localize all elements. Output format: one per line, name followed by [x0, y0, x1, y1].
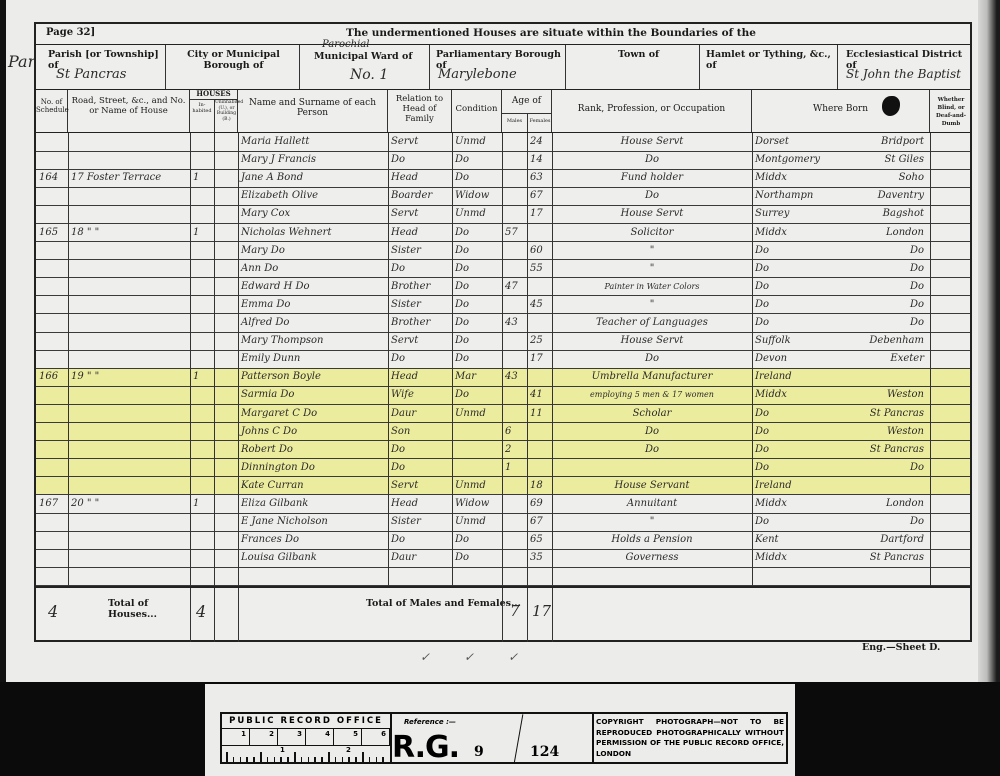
cell-schedule	[36, 531, 68, 549]
cell-male: 57	[502, 224, 527, 242]
gridline	[238, 133, 239, 586]
table-row: Mary ThompsonServtDo25House ServtSuffolk…	[36, 332, 970, 351]
cell-relation: Boarder	[388, 187, 452, 205]
cell-condition: Unmd	[452, 477, 502, 495]
parliamentary-cell: Parliamentary Borough of Marylebone	[430, 45, 566, 89]
gridline	[68, 133, 69, 586]
ruler-tick	[233, 757, 235, 764]
cell-male	[502, 187, 527, 205]
cell-born-place: Do	[842, 260, 930, 278]
cell-female	[527, 278, 552, 296]
cell-name: Mary J Francis	[238, 151, 388, 169]
ruler-tick	[253, 757, 255, 764]
cell-born-county: Do	[752, 441, 842, 459]
cell-born-county	[752, 567, 842, 585]
cell-born-place: Bridport	[842, 133, 930, 151]
cell-schedule	[36, 332, 68, 350]
reference-piece: 9	[474, 744, 484, 760]
ruler-tick	[301, 757, 303, 764]
cell-inh	[190, 405, 214, 423]
record-office-box: PUBLIC RECORD OFFICE 123456 12 Reference…	[220, 712, 788, 764]
table-row: Elizabeth OliveBoarderWidow67DoNorthampn…	[36, 187, 970, 206]
cell-born-county: Dorset	[752, 133, 842, 151]
parish-cell: Parish [or Township] of St Pancras	[36, 45, 166, 89]
cell-name: Sarmia Do	[238, 386, 388, 404]
cell-born-place	[842, 477, 930, 495]
cell-road	[68, 531, 190, 549]
born-label: Where Born	[752, 90, 929, 114]
table-row: Alfred DoBrotherDo43Teacher of Languages…	[36, 314, 970, 333]
col-born: Where Born	[752, 90, 930, 132]
cell-inh	[190, 386, 214, 404]
cell-inh	[190, 133, 214, 151]
ruler-tick	[355, 757, 357, 764]
ruler-tick	[226, 752, 228, 764]
cell-occupation: House Servt	[552, 205, 752, 223]
ruler-tick	[314, 757, 316, 764]
cell-road	[68, 314, 190, 332]
cell-road	[68, 187, 190, 205]
table-row: Kate CurranServtUnmd18House ServantIrela…	[36, 477, 970, 496]
cell-born-place: Bagshot	[842, 205, 930, 223]
cell-female	[527, 224, 552, 242]
scale-mark: 4	[306, 729, 334, 745]
column-header-row: No. of Schedule Road, Street, &c., and N…	[36, 90, 970, 133]
cell-condition: Do	[452, 332, 502, 350]
cell-female	[527, 567, 552, 585]
film-edge	[0, 0, 6, 682]
cell-road	[68, 423, 190, 441]
cell-male: 43	[502, 368, 527, 386]
cell-born-place: Do	[842, 459, 930, 477]
cell-relation: Do	[388, 459, 452, 477]
gridline	[502, 588, 503, 642]
cell-schedule	[36, 441, 68, 459]
cell-occupation: Solicitor	[552, 224, 752, 242]
gridline	[214, 588, 215, 642]
cell-born-county: Middx	[752, 224, 842, 242]
gridline	[502, 133, 503, 586]
col-name: Name and Surname of each Person	[238, 90, 388, 132]
cell-name: Kate Curran	[238, 477, 388, 495]
cell-female	[527, 441, 552, 459]
cell-female: 41	[527, 386, 552, 404]
cell-relation: Daur	[388, 405, 452, 423]
town-cell: Town of	[566, 45, 700, 89]
cell-born-county: Do	[752, 513, 842, 531]
ruler-label: 1	[280, 746, 285, 754]
cell-relation: Do	[388, 151, 452, 169]
cell-born-county: Middx	[752, 495, 842, 513]
cell-inh: 1	[190, 169, 214, 187]
cell-road	[68, 513, 190, 531]
cell-schedule	[36, 567, 68, 585]
cell-born-place: Do	[842, 314, 930, 332]
cell-road: 17 Foster Terrace	[68, 169, 190, 187]
cell-name: Maria Hallett	[238, 133, 388, 151]
cell-schedule	[36, 386, 68, 404]
ruler-tick	[376, 757, 378, 764]
cell-road	[68, 133, 190, 151]
table-row: Emma DoSisterDo45"DoDo	[36, 296, 970, 315]
cell-schedule	[36, 423, 68, 441]
record-office-title: PUBLIC RECORD OFFICE	[222, 714, 390, 729]
cell-female	[527, 459, 552, 477]
cell-inh	[190, 296, 214, 314]
cell-born-place	[842, 567, 930, 585]
cell-female: 24	[527, 133, 552, 151]
cell-inh	[190, 441, 214, 459]
cell-road	[68, 242, 190, 260]
cell-born-place: London	[842, 224, 930, 242]
cell-name: Johns C Do	[238, 423, 388, 441]
cell-relation: Servt	[388, 205, 452, 223]
cell-occupation: "	[552, 513, 752, 531]
gridline	[388, 133, 389, 586]
reference-series: R.G.	[392, 730, 459, 765]
total-females: 17	[532, 602, 551, 620]
cell-schedule	[36, 350, 68, 368]
cell-born-county: Do	[752, 405, 842, 423]
cell-relation: Son	[388, 423, 452, 441]
gridline	[527, 133, 528, 586]
cell-male	[502, 477, 527, 495]
ruler-tick	[280, 757, 282, 764]
ruler-label: 2	[346, 746, 351, 754]
cell-road	[68, 441, 190, 459]
cell-inh	[190, 314, 214, 332]
cell-name: Emily Dunn	[238, 350, 388, 368]
cell-name: Mary Do	[238, 242, 388, 260]
table-row: Dinnington DoDo1DoDo	[36, 459, 970, 478]
page-edge-shadow	[978, 0, 1000, 682]
scale-section: PUBLIC RECORD OFFICE 123456 12	[222, 714, 392, 762]
cell-name: Jane A Bond	[238, 169, 388, 187]
cell-name: Margaret C Do	[238, 405, 388, 423]
reference-folio: 124	[530, 744, 559, 760]
gridline	[552, 133, 553, 586]
cell-relation: Head	[388, 169, 452, 187]
ruler-tick	[274, 757, 276, 764]
table-row: 16720 " "1Eliza GilbankHeadWidow69Annuit…	[36, 495, 970, 514]
cell-female: 25	[527, 332, 552, 350]
ruler-tick	[342, 757, 344, 764]
males-label: Males	[502, 118, 527, 124]
cell-female: 63	[527, 169, 552, 187]
cell-road	[68, 477, 190, 495]
cell-road	[68, 405, 190, 423]
totals-row: 4 Total of Houses... 4 Total of Males an…	[36, 586, 970, 642]
cell-inh	[190, 260, 214, 278]
cell-inh	[190, 531, 214, 549]
cell-condition	[452, 423, 502, 441]
cell-schedule	[36, 549, 68, 567]
age-label: Age of	[502, 90, 551, 114]
census-form: Page 32] The undermentioned Houses are s…	[34, 22, 972, 642]
cell-schedule	[36, 513, 68, 531]
cell-inh: 1	[190, 224, 214, 242]
col-blind: Whether Blind, or Deaf-and-Dumb	[930, 90, 972, 132]
cell-occupation	[552, 567, 752, 585]
cell-occupation: Painter in Water Colors	[552, 278, 752, 296]
cell-road	[68, 386, 190, 404]
cell-condition: Unmd	[452, 513, 502, 531]
cell-male	[502, 386, 527, 404]
gridline	[238, 588, 239, 642]
parliamentary-value: Marylebone	[438, 67, 517, 82]
cell-male	[502, 531, 527, 549]
table-row: 16417 Foster Terrace1Jane A BondHeadDo63…	[36, 169, 970, 188]
cell-condition: Do	[452, 260, 502, 278]
cell-born-place	[842, 368, 930, 386]
cell-name: Ann Do	[238, 260, 388, 278]
scale-mark: 6	[362, 729, 390, 745]
cell-road: 19 " "	[68, 368, 190, 386]
cell-born-county: Middx	[752, 386, 842, 404]
cell-road	[68, 332, 190, 350]
cell-female: 17	[527, 350, 552, 368]
cell-born-county: Do	[752, 260, 842, 278]
page-label: Page 32]	[46, 27, 95, 38]
cell-name: Robert Do	[238, 441, 388, 459]
ruler-tick	[294, 752, 296, 764]
cell-male: 43	[502, 314, 527, 332]
table-row: Maria HallettServtUnmd24House ServtDorse…	[36, 133, 970, 152]
cell-schedule: 164	[36, 169, 68, 187]
cell-born-county: Ireland	[752, 477, 842, 495]
cell-relation: Servt	[388, 477, 452, 495]
cell-occupation: Umbrella Manufacturer	[552, 368, 752, 386]
cell-female	[527, 423, 552, 441]
scale-mark: 2	[250, 729, 278, 745]
col-age: Age of Males Females	[502, 90, 552, 132]
cell-male	[502, 260, 527, 278]
cell-name: E Jane Nicholson	[238, 513, 388, 531]
cell-born-county: Montgomery	[752, 151, 842, 169]
cell-male	[502, 513, 527, 531]
cell-road	[68, 567, 190, 585]
cell-male	[502, 133, 527, 151]
cell-name: Elizabeth Olive	[238, 187, 388, 205]
cell-born-county: Surrey	[752, 205, 842, 223]
cell-name: Dinnington Do	[238, 459, 388, 477]
cell-born-county: Do	[752, 296, 842, 314]
cell-road: 20 " "	[68, 495, 190, 513]
ruler-tick	[267, 757, 269, 764]
cell-female: 11	[527, 405, 552, 423]
ruler-tick	[240, 757, 242, 764]
cell-born-county: Devon	[752, 350, 842, 368]
total-schedules-cell: 4 Total of Houses...	[36, 588, 190, 642]
town-label: Town of	[618, 49, 659, 60]
cell-inh	[190, 477, 214, 495]
cell-road	[68, 459, 190, 477]
cell-condition	[452, 459, 502, 477]
cell-born-place: St Giles	[842, 151, 930, 169]
cell-condition	[452, 441, 502, 459]
cell-road: 18 " "	[68, 224, 190, 242]
cell-occupation: "	[552, 260, 752, 278]
cell-name: Patterson Boyle	[238, 368, 388, 386]
cell-female: 14	[527, 151, 552, 169]
cell-road	[68, 205, 190, 223]
cell-name: Louisa Gilbank	[238, 549, 388, 567]
census-sheet: Part Page 32] The undermentioned Houses …	[0, 0, 1000, 682]
cell-inh	[190, 242, 214, 260]
cell-road	[68, 278, 190, 296]
cell-inh	[190, 350, 214, 368]
ruler-tick	[348, 757, 350, 764]
cell-born-place: Exeter	[842, 350, 930, 368]
ruler-tick	[308, 757, 310, 764]
cell-born-place: Do	[842, 513, 930, 531]
cell-male	[502, 567, 527, 585]
cell-born-place: St Pancras	[842, 405, 930, 423]
cell-occupation: Do	[552, 350, 752, 368]
cell-road	[68, 549, 190, 567]
cell-schedule	[36, 477, 68, 495]
cell-female: 65	[527, 531, 552, 549]
cell-female: 55	[527, 260, 552, 278]
cell-female	[527, 314, 552, 332]
cell-relation: Wife	[388, 386, 452, 404]
table-row: Mary DoSisterDo60"DoDo	[36, 242, 970, 261]
cell-female: 17	[527, 205, 552, 223]
sheet-footer: Eng.—Sheet D.	[862, 642, 940, 653]
cell-born-county: Kent	[752, 531, 842, 549]
cell-born-place: Daventry	[842, 187, 930, 205]
cell-name: Nicholas Wehnert	[238, 224, 388, 242]
gridline	[452, 133, 453, 586]
cell-relation: Brother	[388, 278, 452, 296]
ruler-tick	[382, 757, 384, 764]
cell-inh	[190, 549, 214, 567]
cell-inh	[190, 513, 214, 531]
cell-born-place: Soho	[842, 169, 930, 187]
cell-schedule	[36, 314, 68, 332]
ruler-tick	[335, 757, 337, 764]
scale-mark: 3	[278, 729, 306, 745]
cell-name: Emma Do	[238, 296, 388, 314]
census-grid: Louisa GilbankDaurDo35GovernessMiddxSt P…	[36, 133, 970, 586]
table-row: Emily DunnDoDo17DoDevonExeter	[36, 350, 970, 369]
ecclesiastical-cell: Ecclesiastical District of St John the B…	[838, 45, 972, 89]
gridline	[214, 133, 215, 586]
ruler-tick	[369, 757, 371, 764]
cell-inh	[190, 332, 214, 350]
cell-born-county: Do	[752, 459, 842, 477]
table-row: Margaret C DoDaurUnmd11ScholarDoSt Pancr…	[36, 405, 970, 424]
cell-condition: Do	[452, 386, 502, 404]
cell-schedule	[36, 242, 68, 260]
cell-occupation: Holds a Pension	[552, 531, 752, 549]
ruler-tick	[328, 752, 330, 764]
cell-relation: Do	[388, 441, 452, 459]
cell-name: Eliza Gilbank	[238, 495, 388, 513]
table-row: Robert DoDo2DoDoSt Pancras	[36, 441, 970, 460]
cell-condition: Do	[452, 314, 502, 332]
table-row: Edward H DoBrotherDo47Painter in Water C…	[36, 278, 970, 297]
cell-occupation: "	[552, 296, 752, 314]
ruler-scale: 12	[222, 746, 390, 764]
hamlet-label: Hamlet or Tything, &c., of	[706, 49, 837, 71]
total-schedules: 4	[48, 602, 58, 621]
ward-cell: Parochial Municipal Ward of No. 1	[300, 45, 430, 89]
gridline	[552, 588, 553, 642]
gridline	[190, 133, 191, 586]
cell-condition	[452, 567, 502, 585]
ruler-tick	[287, 757, 289, 764]
table-row: Frances DoDoDo65Holds a PensionKentDartf…	[36, 531, 970, 550]
cell-condition: Do	[452, 242, 502, 260]
cell-born-place: Do	[842, 296, 930, 314]
col-schedule: No. of Schedule	[36, 90, 68, 132]
cell-name: Mary Cox	[238, 205, 388, 223]
gridline	[190, 588, 191, 642]
table-row: Ann DoDoDo55"DoDo	[36, 260, 970, 279]
cell-condition: Unmd	[452, 133, 502, 151]
cell-occupation: Governess	[552, 549, 752, 567]
cell-road	[68, 260, 190, 278]
cell-occupation: House Servt	[552, 332, 752, 350]
cell-born-county: Do	[752, 242, 842, 260]
col-houses: HOUSES In-habited Uninhabited (U.), or B…	[190, 90, 238, 132]
table-row: Louisa GilbankDaurDo35GovernessMiddxSt P…	[36, 549, 970, 568]
cell-born-county: Ireland	[752, 368, 842, 386]
cell-relation: Do	[388, 260, 452, 278]
check-marks: ✓✓✓	[420, 650, 552, 664]
table-row	[36, 567, 970, 586]
table-row: 16518 " "1Nicholas WehnertHeadDo57Solici…	[36, 224, 970, 243]
ruler-tick	[321, 757, 323, 764]
cell-relation: Head	[388, 368, 452, 386]
scale-mark: 1	[222, 729, 250, 745]
title-row: Page 32] The undermentioned Houses are s…	[36, 24, 970, 45]
cell-relation: Sister	[388, 296, 452, 314]
cell-condition: Do	[452, 169, 502, 187]
ward-value: No. 1	[350, 67, 388, 83]
cell-born-county: Suffolk	[752, 332, 842, 350]
cell-born-place: London	[842, 495, 930, 513]
cell-road	[68, 151, 190, 169]
borough-cell: City or Municipal Borough of	[166, 45, 300, 89]
hamlet-cell: Hamlet or Tything, &c., of	[700, 45, 838, 89]
total-persons-label: Total of Males and Females...	[366, 598, 521, 609]
scale-mark: 5	[334, 729, 362, 745]
gridline	[930, 133, 931, 586]
cell-condition: Unmd	[452, 205, 502, 223]
cell-occupation: Do	[552, 187, 752, 205]
cell-male	[502, 350, 527, 368]
cell-male	[502, 495, 527, 513]
cell-condition: Do	[452, 224, 502, 242]
scale-top: 123456	[222, 729, 390, 746]
cell-relation: Sister	[388, 513, 452, 531]
cell-relation: Servt	[388, 133, 452, 151]
cell-female: 67	[527, 187, 552, 205]
cell-name: Alfred Do	[238, 314, 388, 332]
table-row: Johns C DoSon6DoDoWeston	[36, 423, 970, 442]
ruler-tick	[260, 752, 262, 764]
cell-male: 1	[502, 459, 527, 477]
borough-label: City or Municipal Borough of	[176, 49, 291, 71]
cell-born-place: Do	[842, 242, 930, 260]
cell-male	[502, 549, 527, 567]
cell-schedule: 165	[36, 224, 68, 242]
gridline	[752, 133, 753, 586]
cell-inh	[190, 459, 214, 477]
uninhabited-label: Uninhabited (U.), or Building (B.)	[215, 100, 238, 122]
